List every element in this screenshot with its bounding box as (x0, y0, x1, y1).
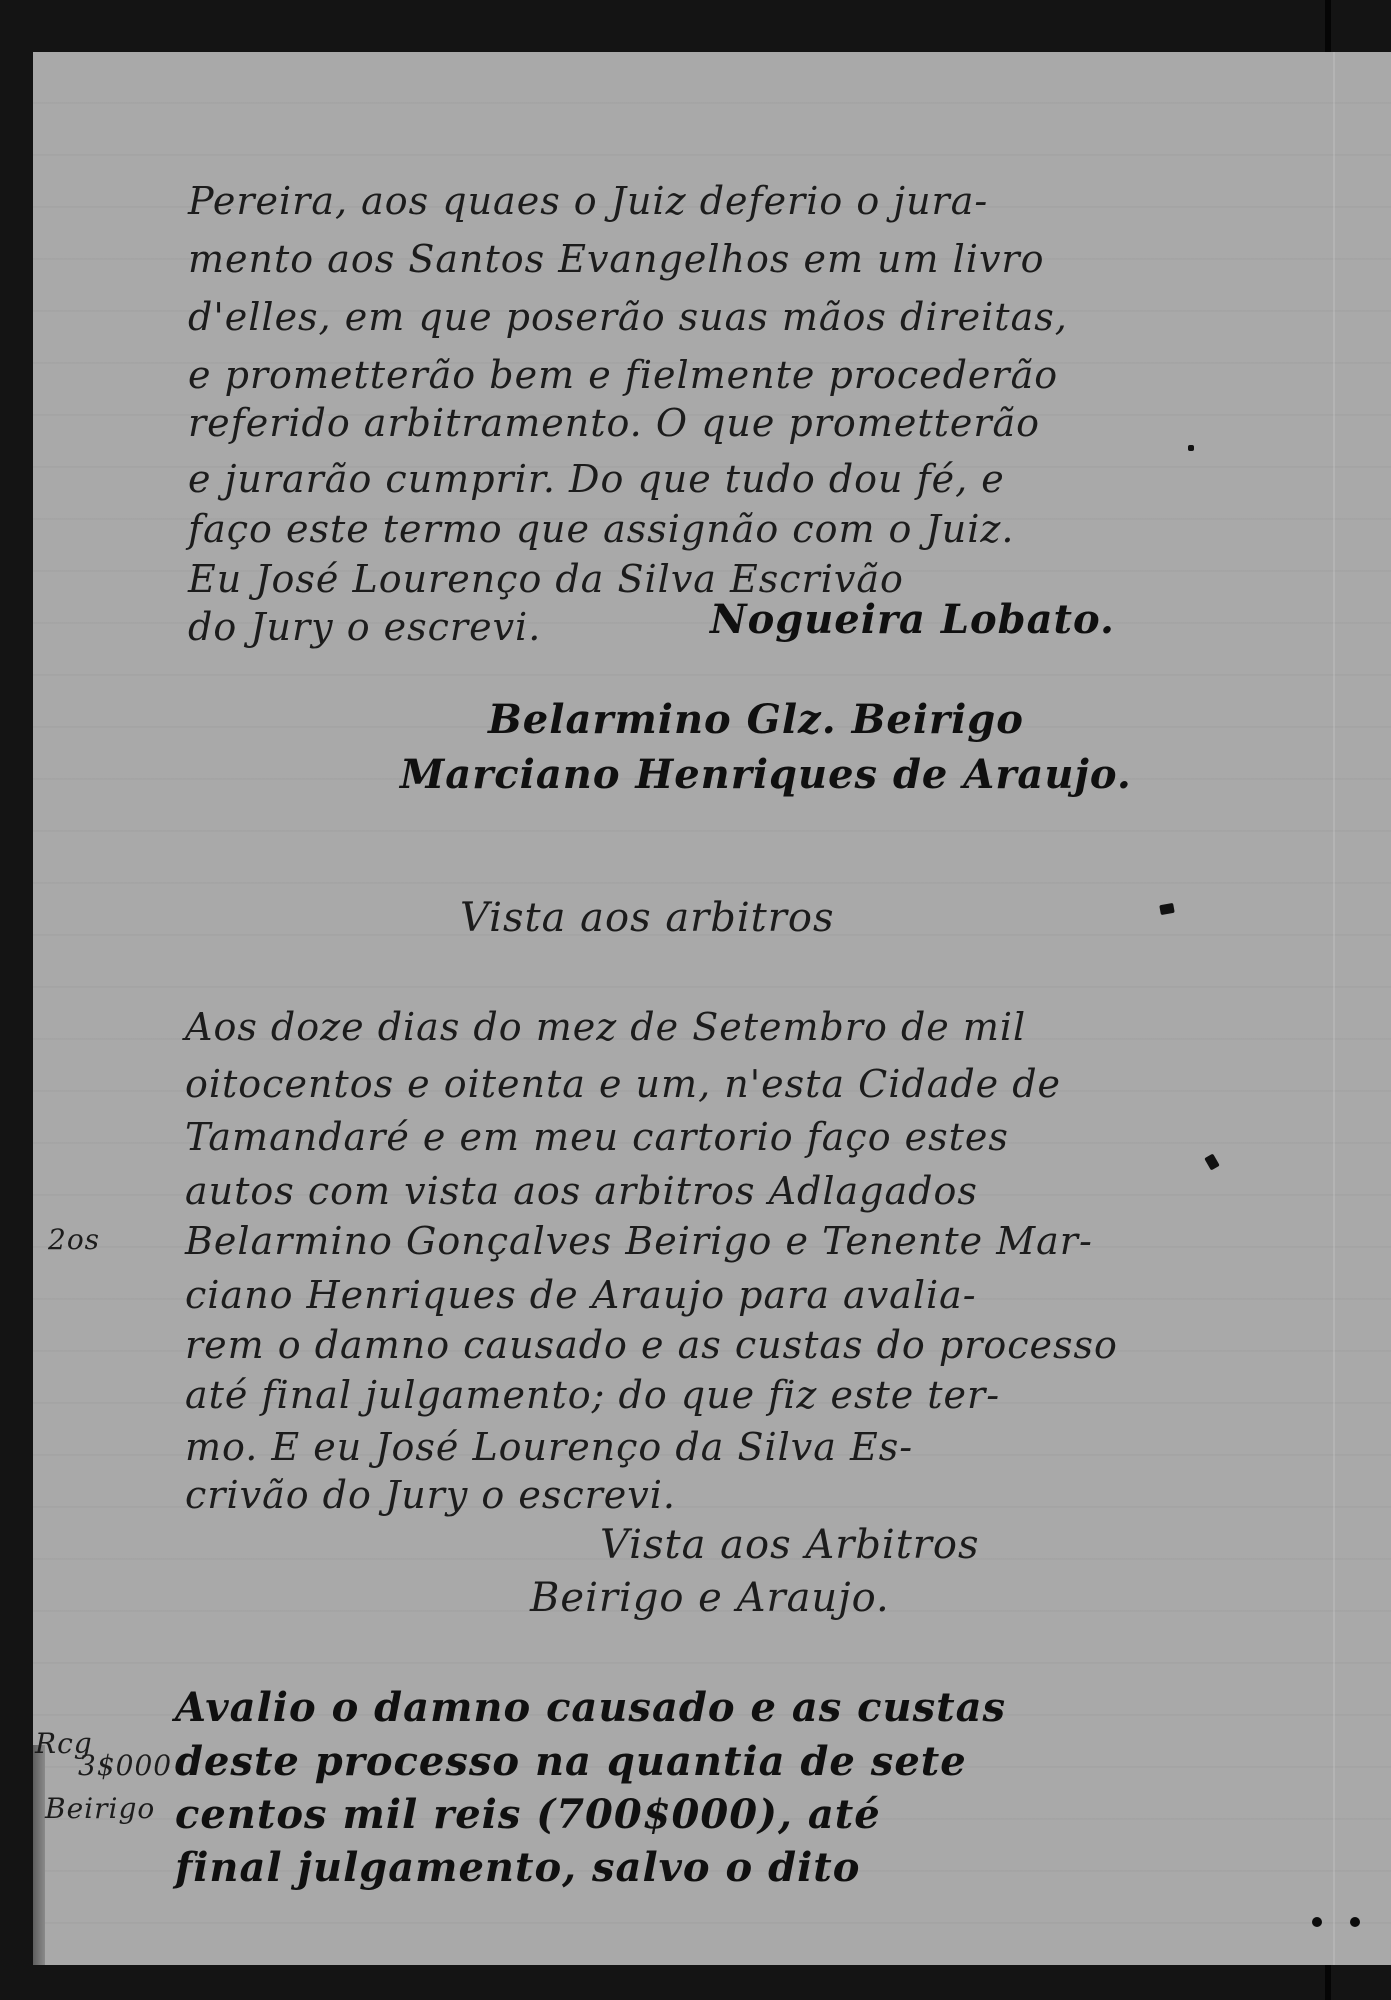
margin-note: Beirigo (45, 1795, 155, 1823)
text-line: do Jury o escrevi. (188, 608, 541, 646)
text-line: autos com vista aos arbitros Adlagados (185, 1172, 978, 1210)
signature-beirigo: Belarmino Glz. Beirigo (488, 700, 1024, 740)
text-line: d'elles, em que poserão suas mãos direit… (188, 298, 1068, 336)
closing-line: Beirigo e Araujo. (530, 1578, 890, 1618)
page-fold-line (1333, 52, 1335, 1965)
text-line: mo. E eu José Lourenço da Silva Es- (185, 1428, 913, 1466)
text-line: ciano Henriques de Araujo para avalia- (185, 1276, 977, 1314)
binding-strip-bottom (1325, 1965, 1331, 2000)
page-edge (33, 1745, 45, 1965)
text-line: Pereira, aos quaes o Juiz deferio o jura… (188, 182, 988, 220)
punch-hole-dot (1312, 1917, 1322, 1927)
text-line: referido arbitramento. O que prometterão (188, 404, 1040, 442)
text-line: Eu José Lourenço da Silva Escrivão (188, 560, 904, 598)
text-line: Avalio o damno causado e as custas (175, 1688, 1006, 1728)
text-line: deste processo na quantia de sete (175, 1742, 967, 1782)
text-line: faço este termo que assignão com o Juiz. (188, 510, 1014, 548)
text-line: final julgamento, salvo o dito (175, 1848, 860, 1888)
judge-signature: Nogueira Lobato. (710, 600, 1115, 640)
binding-strip-top (1325, 0, 1331, 52)
text-line: e jurarão cumprir. Do que tudo dou fé, e (188, 460, 1005, 498)
signature-araujo: Marciano Henriques de Araujo. (400, 755, 1132, 795)
text-line: Tamandaré e em meu cartorio faço estes (185, 1118, 1009, 1156)
text-line: centos mil reis (700$000), até (175, 1795, 881, 1835)
text-line: crivão do Jury o escrevi. (185, 1476, 676, 1514)
text-line: até final julgamento; do que fiz este te… (185, 1376, 1000, 1414)
text-line: Aos doze dias do mez de Setembro de mil (185, 1008, 1026, 1046)
text-line: rem o damno causado e as custas do proce… (185, 1326, 1118, 1364)
text-line: mento aos Santos Evangelhos em um livro (188, 240, 1044, 278)
text-line: Belarmino Gonçalves Beirigo e Tenente Ma… (185, 1222, 1093, 1260)
text-line: oitocentos e oitenta e um, n'esta Cidade… (185, 1065, 1061, 1103)
margin-note: 3$000 (78, 1752, 172, 1780)
text-line: e prometterão bem e fielmente procederão (188, 356, 1058, 394)
section-heading: Vista aos arbitros (460, 898, 834, 938)
ink-mark (1188, 445, 1194, 451)
closing-line: Vista aos Arbitros (600, 1525, 980, 1565)
punch-hole-dot (1350, 1917, 1360, 1927)
margin-note: 2os (48, 1226, 100, 1254)
